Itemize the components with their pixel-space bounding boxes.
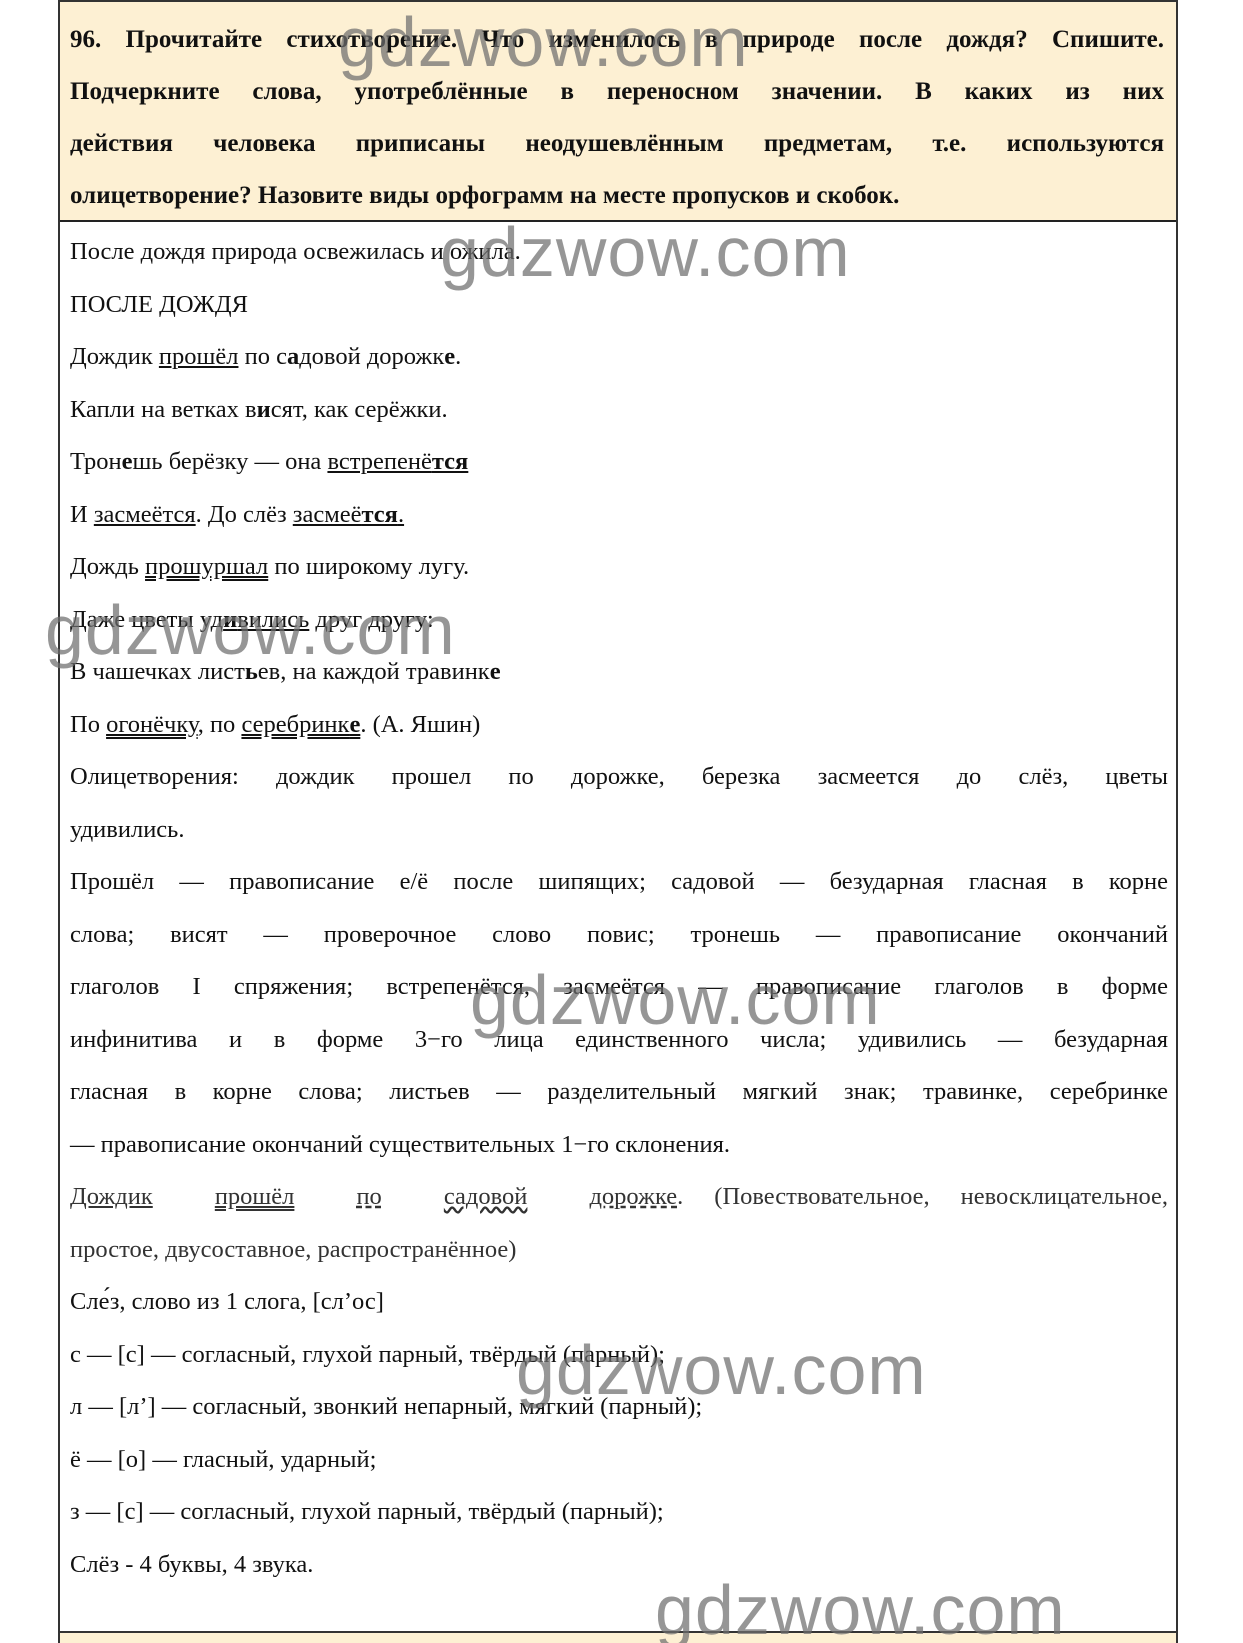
task-line: 96. Прочитайте стихотворение. Что измени…	[70, 14, 1164, 66]
task-line: действия человека приписаны неодушевлённ…	[70, 118, 1164, 170]
phonetic-line: Сле́з, слово из 1 слога, [сл’ос]	[70, 1276, 1168, 1329]
answer-content: После дождя природа освежилась и ожила. …	[70, 226, 1168, 1591]
orthogram-text: глаголов I спряжения; встрепенётся, засм…	[70, 961, 1168, 1014]
exercise-sheet: 96. Прочитайте стихотворение. Что измени…	[58, 0, 1178, 1643]
poem-line: Тронешь берёзку — она встрепенётся	[70, 436, 1168, 489]
orthogram-text: слова; висят — проверочное слово повис; …	[70, 909, 1168, 962]
poem-line: В чашечках листьев, на каждой травинке	[70, 646, 1168, 699]
task-box: 96. Прочитайте стихотворение. Что измени…	[60, 0, 1176, 222]
orthogram-text: гласная в корне слова; листьев — раздели…	[70, 1066, 1168, 1119]
poem-line: Капли на ветках висят, как серёжки.	[70, 384, 1168, 437]
sentence-parsing: Дождик прошёл по садовой дорожке. (Повес…	[70, 1171, 1168, 1224]
phonetic-line: с — [с] — согласный, глухой парный, твёр…	[70, 1329, 1168, 1382]
task-line: олицетворение? Назовите виды орфограмм н…	[70, 170, 1164, 222]
task-line: Подчеркните слова, употреблённые в перен…	[70, 66, 1164, 118]
phonetic-line: Слёз - 4 буквы, 4 звука.	[70, 1539, 1168, 1592]
next-task-band	[60, 1631, 1176, 1643]
poem-line: Дождик прошёл по садовой дорожке.	[70, 331, 1168, 384]
personification-text: удивились.	[70, 804, 1168, 857]
intro-text: После дождя природа освежилась и ожила.	[70, 226, 1168, 279]
orthogram-text: — правописание окончаний существительных…	[70, 1119, 1168, 1172]
phonetic-line: з — [с] — согласный, глухой парный, твёр…	[70, 1486, 1168, 1539]
poem-line: По огонёчку, по серебринке. (А. Яшин)	[70, 699, 1168, 752]
personification-text: Олицетворения: дождик прошел по дорожке,…	[70, 751, 1168, 804]
phonetic-line: л — [л’] — согласный, звонкий непарный, …	[70, 1381, 1168, 1434]
poem-line: Даже цветы удивились друг другу:	[70, 594, 1168, 647]
poem-line: И засмеётся. До слёз засмеётся.	[70, 489, 1168, 542]
poem-title: ПОСЛЕ ДОЖДЯ	[70, 279, 1168, 332]
phonetic-line: ё — [о] — гласный, ударный;	[70, 1434, 1168, 1487]
orthogram-text: Прошёл — правописание е/ё после шипящих;…	[70, 856, 1168, 909]
sentence-parsing: простое, двусоставное, распространённое)	[70, 1224, 1168, 1277]
poem-line: Дождь прошуршал по широкому лугу.	[70, 541, 1168, 594]
orthogram-text: инфинитива и в форме 3−го лица единствен…	[70, 1014, 1168, 1067]
